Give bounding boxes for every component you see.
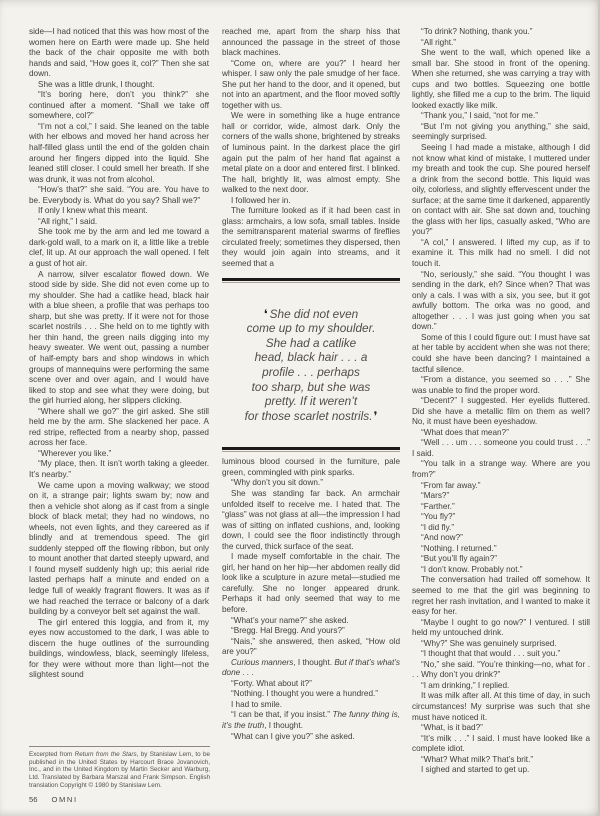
open-quote-icon: ❛ [264,307,268,321]
paragraph: “And now?” [412,533,590,544]
copyright-note-pre: Excerpted from [29,751,75,758]
footer: Excerpted from Return from the Stars, by… [29,746,210,804]
pull-quote-line: She had a catlike [224,336,398,351]
paragraph: She went to the wall, which opened like … [412,48,590,111]
close-quote-icon: ❜ [373,409,377,423]
pull-quote-top-rule [222,278,400,281]
book-title: Return from the Stars [75,751,137,758]
copyright-note: Excerpted from Return from the Stars, by… [29,751,210,790]
paragraph: Curious manners, I thought. But if that’… [222,658,400,679]
paragraph: “Farther.” [412,502,590,513]
magazine-name: OMNI [51,795,77,804]
pull-quote-line: too sharp, but she was [224,380,398,395]
pull-quote-line: profile . . . perhaps [224,365,398,380]
paragraph: “You fly?” [412,512,590,523]
paragraph: “What does that mean?” [412,428,590,439]
paragraph: “I am drinking,” I replied. [412,681,590,692]
magazine-page: side—I had noticed that this was how mos… [0,0,600,816]
paragraph: “From a distance, you seemed so . . .” S… [412,375,590,396]
paragraph: “Why?” She was genuinely surprised. [412,639,590,650]
pull-quote-bottom-rule [222,447,400,450]
paragraph: reached me, apart from the sharp hiss th… [222,27,400,59]
paragraph: A narrow, silver escalator flowed down. … [29,270,209,407]
page-number: 56 [29,795,37,804]
paragraph: “I did fly.” [412,523,590,534]
paragraph: I had to smile. [222,700,400,711]
paragraph: “Maybe I ought to go now?” I ventured. I… [412,618,590,639]
paragraph: We were in something like a huge entranc… [222,111,400,195]
text-column-3: “To drink? Nothing, thank you.”“All righ… [412,27,590,793]
footer-rule [29,746,210,747]
paragraph: “Thank you,” I said, “not for me.” [412,111,590,122]
paragraph: If only I knew what this meant. [29,206,209,217]
paragraph: “I thought that that would . . . suit yo… [412,649,590,660]
paragraph: I made myself comfortable in the chair. … [222,552,400,615]
paragraph: She was standing far back. An armchair u… [222,489,400,552]
paragraph: “What’s your name?” she asked. [222,616,400,627]
paragraph: “What, is it bad?” [412,723,590,734]
paragraph: “It’s milk . . .” I said. I must have lo… [412,734,590,755]
pull-quote-line: head, black hair . . . a [224,350,398,365]
paragraph: “You talk in a strange way. Where are yo… [412,459,590,480]
paragraph: She was a little drunk, I thought. [29,80,209,91]
paragraph: “It’s boring here, don’t you think?” she… [29,90,209,122]
paragraph: “Bregg. Hal Bregg. And yours?” [222,626,400,637]
paragraph: “But I’m not giving you anything,” she s… [412,122,590,143]
paragraph: “I’m not a col,” I said. She leaned on t… [29,122,209,185]
pull-quote-line: ❛She did not even [224,307,398,322]
paragraph: Seeing I had made a mistake, although I … [412,143,590,238]
paragraph: The girl entered this loggia, and from i… [29,618,209,681]
pull-quote-line: pretty. If it weren’t [224,394,398,409]
paragraph: “What? What milk? That’s brit.” [412,755,590,766]
paragraph: “How’s that?” she said. “You are. You ha… [29,185,209,206]
paragraph: “What can I give you?” she asked. [222,732,400,743]
paragraph: “Decent?” I suggested. Her eyelids flutt… [412,396,590,428]
pull-quote-block: ❛She did not evencome up to my shoulder.… [222,278,400,451]
pull-quote-line: come up to my shoulder. [224,321,398,336]
column2-after-quote: luminous blood coursed in the furniture,… [222,457,400,742]
paragraph: “I don’t know. Probably not.” [412,565,590,576]
paragraph: I followed her in. [222,196,400,207]
paragraph: “Why don’t you sit down.” [222,478,400,489]
paragraph: “Wherever you like.” [29,449,209,460]
paragraph: Some of this I could figure out: I must … [412,333,590,375]
paragraph: “Where shall we go?” the girl asked. She… [29,407,209,449]
paragraph: “Nothing. I returned.” [412,544,590,555]
paragraph: luminous blood coursed in the furniture,… [222,457,400,478]
paragraph: She took me by the arm and led me toward… [29,227,209,269]
paragraph: “Well . . . um . . . someone you could t… [412,438,590,459]
paragraph: “A col,” I answered. I lifted my cup, as… [412,238,590,270]
paragraph: “But you’ll fly again?” [412,554,590,565]
paragraph: “Forty. What about it?” [222,679,400,690]
paragraph: “Come on, where are you?” I heard her wh… [222,59,400,112]
paragraph: I sighed and started to get up. [412,765,590,776]
paragraph: We came upon a moving walkway; we stood … [29,481,209,618]
text-column-2: reached me, apart from the sharp hiss th… [222,27,400,795]
paragraph: The furniture looked as if it had been c… [222,206,400,269]
paragraph: “To drink? Nothing, thank you.” [412,27,590,38]
paragraph: The conversation had trailed off somehow… [412,575,590,617]
paragraph: “Nothing. I thought you were a hundred.” [222,689,400,700]
paragraph: side—I had noticed that this was how mos… [29,27,209,80]
page-footer-line: 56 OMNI [29,795,210,804]
pull-quote: ❛She did not evencome up to my shoulder.… [222,281,400,448]
paragraph: “I can be that, if you insist.” The funn… [222,710,400,731]
paragraph: “No,” she said. “You’re thinking—no, wha… [412,660,590,681]
pull-quote-line: for those scarlet nostrils.❜ [224,409,398,424]
column2-before-quote: reached me, apart from the sharp hiss th… [222,27,400,270]
paragraph: “From far away.” [412,481,590,492]
text-column-1: side—I had noticed that this was how mos… [29,27,209,741]
paragraph: “All right.” [412,38,590,49]
paragraph: “No, seriously,” she said. “You thought … [412,270,590,333]
paragraph: “Mars?” [412,491,590,502]
paragraph: It was milk after all. At this time of d… [412,691,590,723]
paragraph: “My place, then. It isn’t worth taking a… [29,459,209,480]
paragraph: “All right,” I said. [29,217,209,228]
paragraph: “Nais,” she answered, then asked, “How o… [222,637,400,658]
